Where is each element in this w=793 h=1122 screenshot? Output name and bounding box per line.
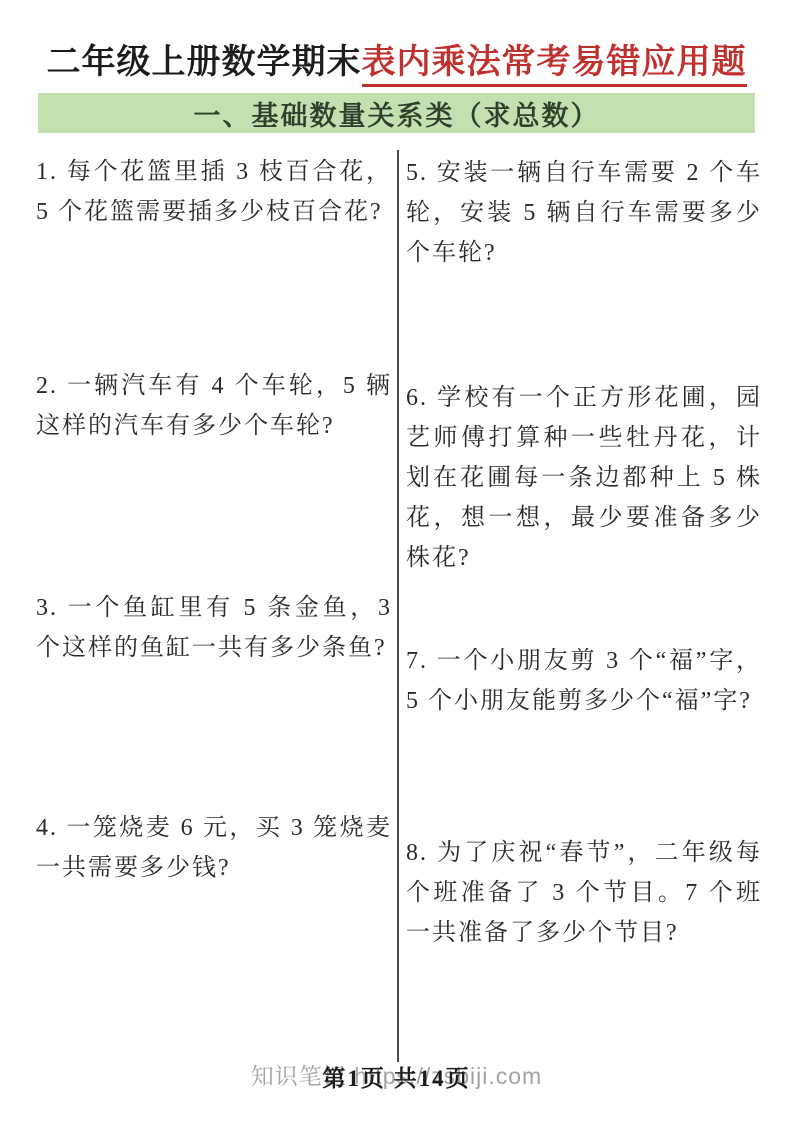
problem-item-2: 2. 一辆汽车有 4 个车轮，5 辆这样的汽车有多少个车轮? [36, 366, 392, 446]
footer: 知识笔记 https://zsbiji.com 第1页 共14页 [0, 1058, 793, 1092]
page-indicator: 第1页 共14页 [0, 1060, 793, 1093]
problem-item-4: 4. 一笼烧麦 6 元，买 3 笼烧麦一共需要多少钱? [36, 808, 392, 888]
problem-item-8: 8. 为了庆祝“春节”，二年级每个班准备了 3 个节目。7 个班一共准备了多少个… [406, 833, 762, 953]
column-divider [397, 150, 399, 1062]
problem-item-5: 5. 安装一辆自行车需要 2 个车轮，安装 5 辆自行车需要多少个车轮? [406, 153, 762, 273]
problem-item-1: 1. 每个花篮里插 3 枝百合花，5 个花篮需要插多少枝百合花? [36, 152, 392, 232]
problem-item-6: 6. 学校有一个正方形花圃，园艺师傅打算种一些牡丹花，计划在花圃每一条边都种上 … [406, 378, 762, 578]
title-highlight: 表内乘法常考易错应用题 [362, 44, 747, 87]
problem-item-7: 7. 一个小朋友剪 3 个“福”字，5 个小朋友能剪多少个“福”字? [406, 641, 762, 721]
title-main: 二年级上册数学期末 [47, 44, 362, 81]
worksheet-page: 二年级上册数学期末表内乘法常考易错应用题 一、基础数量关系类（求总数） 1. 每… [0, 0, 793, 1122]
section-banner: 一、基础数量关系类（求总数） [38, 93, 755, 133]
section-title: 一、基础数量关系类（求总数） [194, 94, 600, 133]
problem-item-3: 3. 一个鱼缸里有 5 条金鱼，3 个这样的鱼缸一共有多少条鱼? [36, 588, 392, 668]
page-title: 二年级上册数学期末表内乘法常考易错应用题 [0, 34, 793, 83]
